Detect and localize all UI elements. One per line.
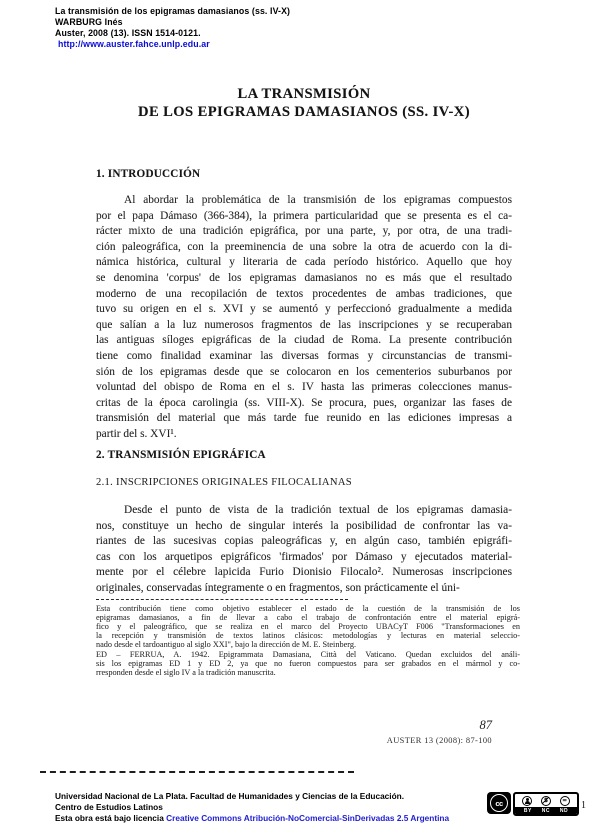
cc-strip-by: BY (524, 808, 532, 814)
cc-logo-text: cc (490, 794, 508, 812)
text-line: ción paleográfica, con la preeminencia d… (96, 240, 512, 256)
text-line: la recepción y transmisión de textos lat… (96, 631, 520, 640)
cc-license-icons: $ = (515, 794, 577, 807)
footer-center: Centro de Estudios Latinos (55, 802, 475, 813)
footer-license-line: Esta obra está bajo licencia Creative Co… (55, 813, 475, 824)
scanned-paper-page: { "header_meta": { "title": "La transmis… (0, 0, 593, 839)
text-line: por el papa Dámaso (366-384), la primera… (96, 209, 512, 225)
text-line: cas con los arquetipos epigráficos 'firm… (96, 550, 512, 566)
institutional-footer: Universidad Nacional de La Plata. Facult… (55, 791, 475, 824)
meta-author: WARBURG Inés (55, 17, 475, 28)
footnote-1: Esta contribución tiene como objetivo es… (96, 604, 520, 649)
cc-nd-icon: = (560, 796, 570, 806)
text-line: se denomina 'corpus' de los epigramas da… (96, 271, 512, 287)
page-indicator: 1 (581, 800, 586, 811)
footnote-separator (96, 599, 348, 600)
text-line: nos, constituye un hecho de singular int… (96, 519, 512, 535)
text-line: ED – FERRUA, A. 1942. Epigrammata Damasi… (96, 650, 520, 659)
text-line: voluntad del obispo de Roma en el s. IV … (96, 380, 512, 396)
meta-title: La transmisión de los epigramas damasian… (55, 6, 475, 17)
section-2-heading: 2. TRANSMISIÓN EPIGRÁFICA (96, 449, 512, 461)
cc-nc-icon: $ (541, 796, 551, 806)
text-line: transmisión del material que más tarde f… (96, 411, 512, 427)
page-number: 87 (96, 718, 492, 733)
text-line: fico y el paleográfico, que se realiza e… (96, 622, 520, 631)
text-line: originales, conservadas íntegramente o e… (96, 581, 512, 597)
text-line: mente por el célebre lapicida Furio Dion… (96, 565, 512, 581)
scan-artifact-line (40, 771, 354, 773)
license-link[interactable]: Creative Commons Atribución-NoComercial-… (166, 813, 449, 823)
text-line: námica histórica, cultural y literaria d… (96, 255, 512, 271)
text-line: critas de la época carolingia (ss. VIII-… (96, 396, 512, 412)
cc-nd-equals: = (562, 797, 567, 804)
creative-commons-badge[interactable]: cc $ = BY NC ND (487, 792, 577, 816)
text-line: epigramas damasianos, a fin de llevar a … (96, 613, 520, 622)
text-line: tiene como finalidad examinar las divers… (96, 349, 512, 365)
cc-strip-nc: NC (542, 808, 550, 814)
cc-by-person-body (525, 801, 531, 804)
meta-source: Auster, 2008 (13). ISSN 1514-0121. (55, 28, 475, 39)
cc-license-box: $ = BY NC ND (513, 792, 579, 816)
cc-by-icon (522, 796, 532, 806)
text-line: partir del s. XVI¹. (96, 427, 512, 443)
text-line: Desde el punto de vista de la tradición … (96, 503, 512, 519)
text-line: que salían a la luz numerosos fragmentos… (96, 318, 512, 334)
footer-license-prefix: Esta obra está bajo licencia (55, 813, 166, 823)
footer-university: Universidad Nacional de La Plata. Facult… (55, 791, 475, 802)
text-line: riantes de las sucesivas copias paleográ… (96, 534, 512, 550)
article-title: LA TRANSMISIÓN DE LOS EPIGRAMAS DAMASIAN… (88, 86, 520, 121)
text-line: rácter mixto de una tradición epigráfica… (96, 224, 512, 240)
section-1-heading: 1. INTRODUCCIÓN (96, 168, 512, 180)
text-line: Esta contribución tiene como objetivo es… (96, 604, 520, 613)
cc-strip-nd: ND (560, 808, 568, 814)
text-line: moderno de una recopilación de textos pr… (96, 287, 512, 303)
text-line: Al abordar la problemática de la transmi… (96, 193, 512, 209)
journal-reference: AUSTER 13 (2008): 87-100 (96, 736, 492, 745)
paragraph-2: Desde el punto de vista de la tradición … (96, 503, 512, 597)
text-line: sis los epigramas ED 1 y ED 2, ya que no… (96, 659, 520, 668)
journal-url-link[interactable]: http://www.auster.fahce.unlp.edu.ar (55, 39, 475, 50)
text-line: las antiguas síloges epigráficas de la c… (96, 333, 512, 349)
text-line: sión de los epigramas desde que se coloc… (96, 365, 512, 381)
article-title-line2: DE LOS EPIGRAMAS DAMASIANOS (SS. IV-X) (88, 104, 520, 122)
text-line: rresponden desde el siglo IV a la tradic… (96, 668, 520, 677)
text-line: nado desde el tardoantiguo al siglo XXI"… (96, 640, 520, 649)
cc-license-strip: BY NC ND (515, 807, 577, 814)
article-title-line1: LA TRANSMISIÓN (88, 86, 520, 104)
text-line: tuvo su origen en el s. XVI y se aumentó… (96, 302, 512, 318)
paragraph-1: Al abordar la problemática de la transmi… (96, 193, 512, 443)
footnote-2: ED – FERRUA, A. 1942. Epigrammata Damasi… (96, 650, 520, 677)
section-2-1-heading: 2.1. INSCRIPCIONES ORIGINALES FILOCALIAN… (96, 477, 516, 488)
repository-metadata: La transmisión de los epigramas damasian… (55, 6, 475, 50)
cc-logo-icon: cc (487, 792, 511, 814)
